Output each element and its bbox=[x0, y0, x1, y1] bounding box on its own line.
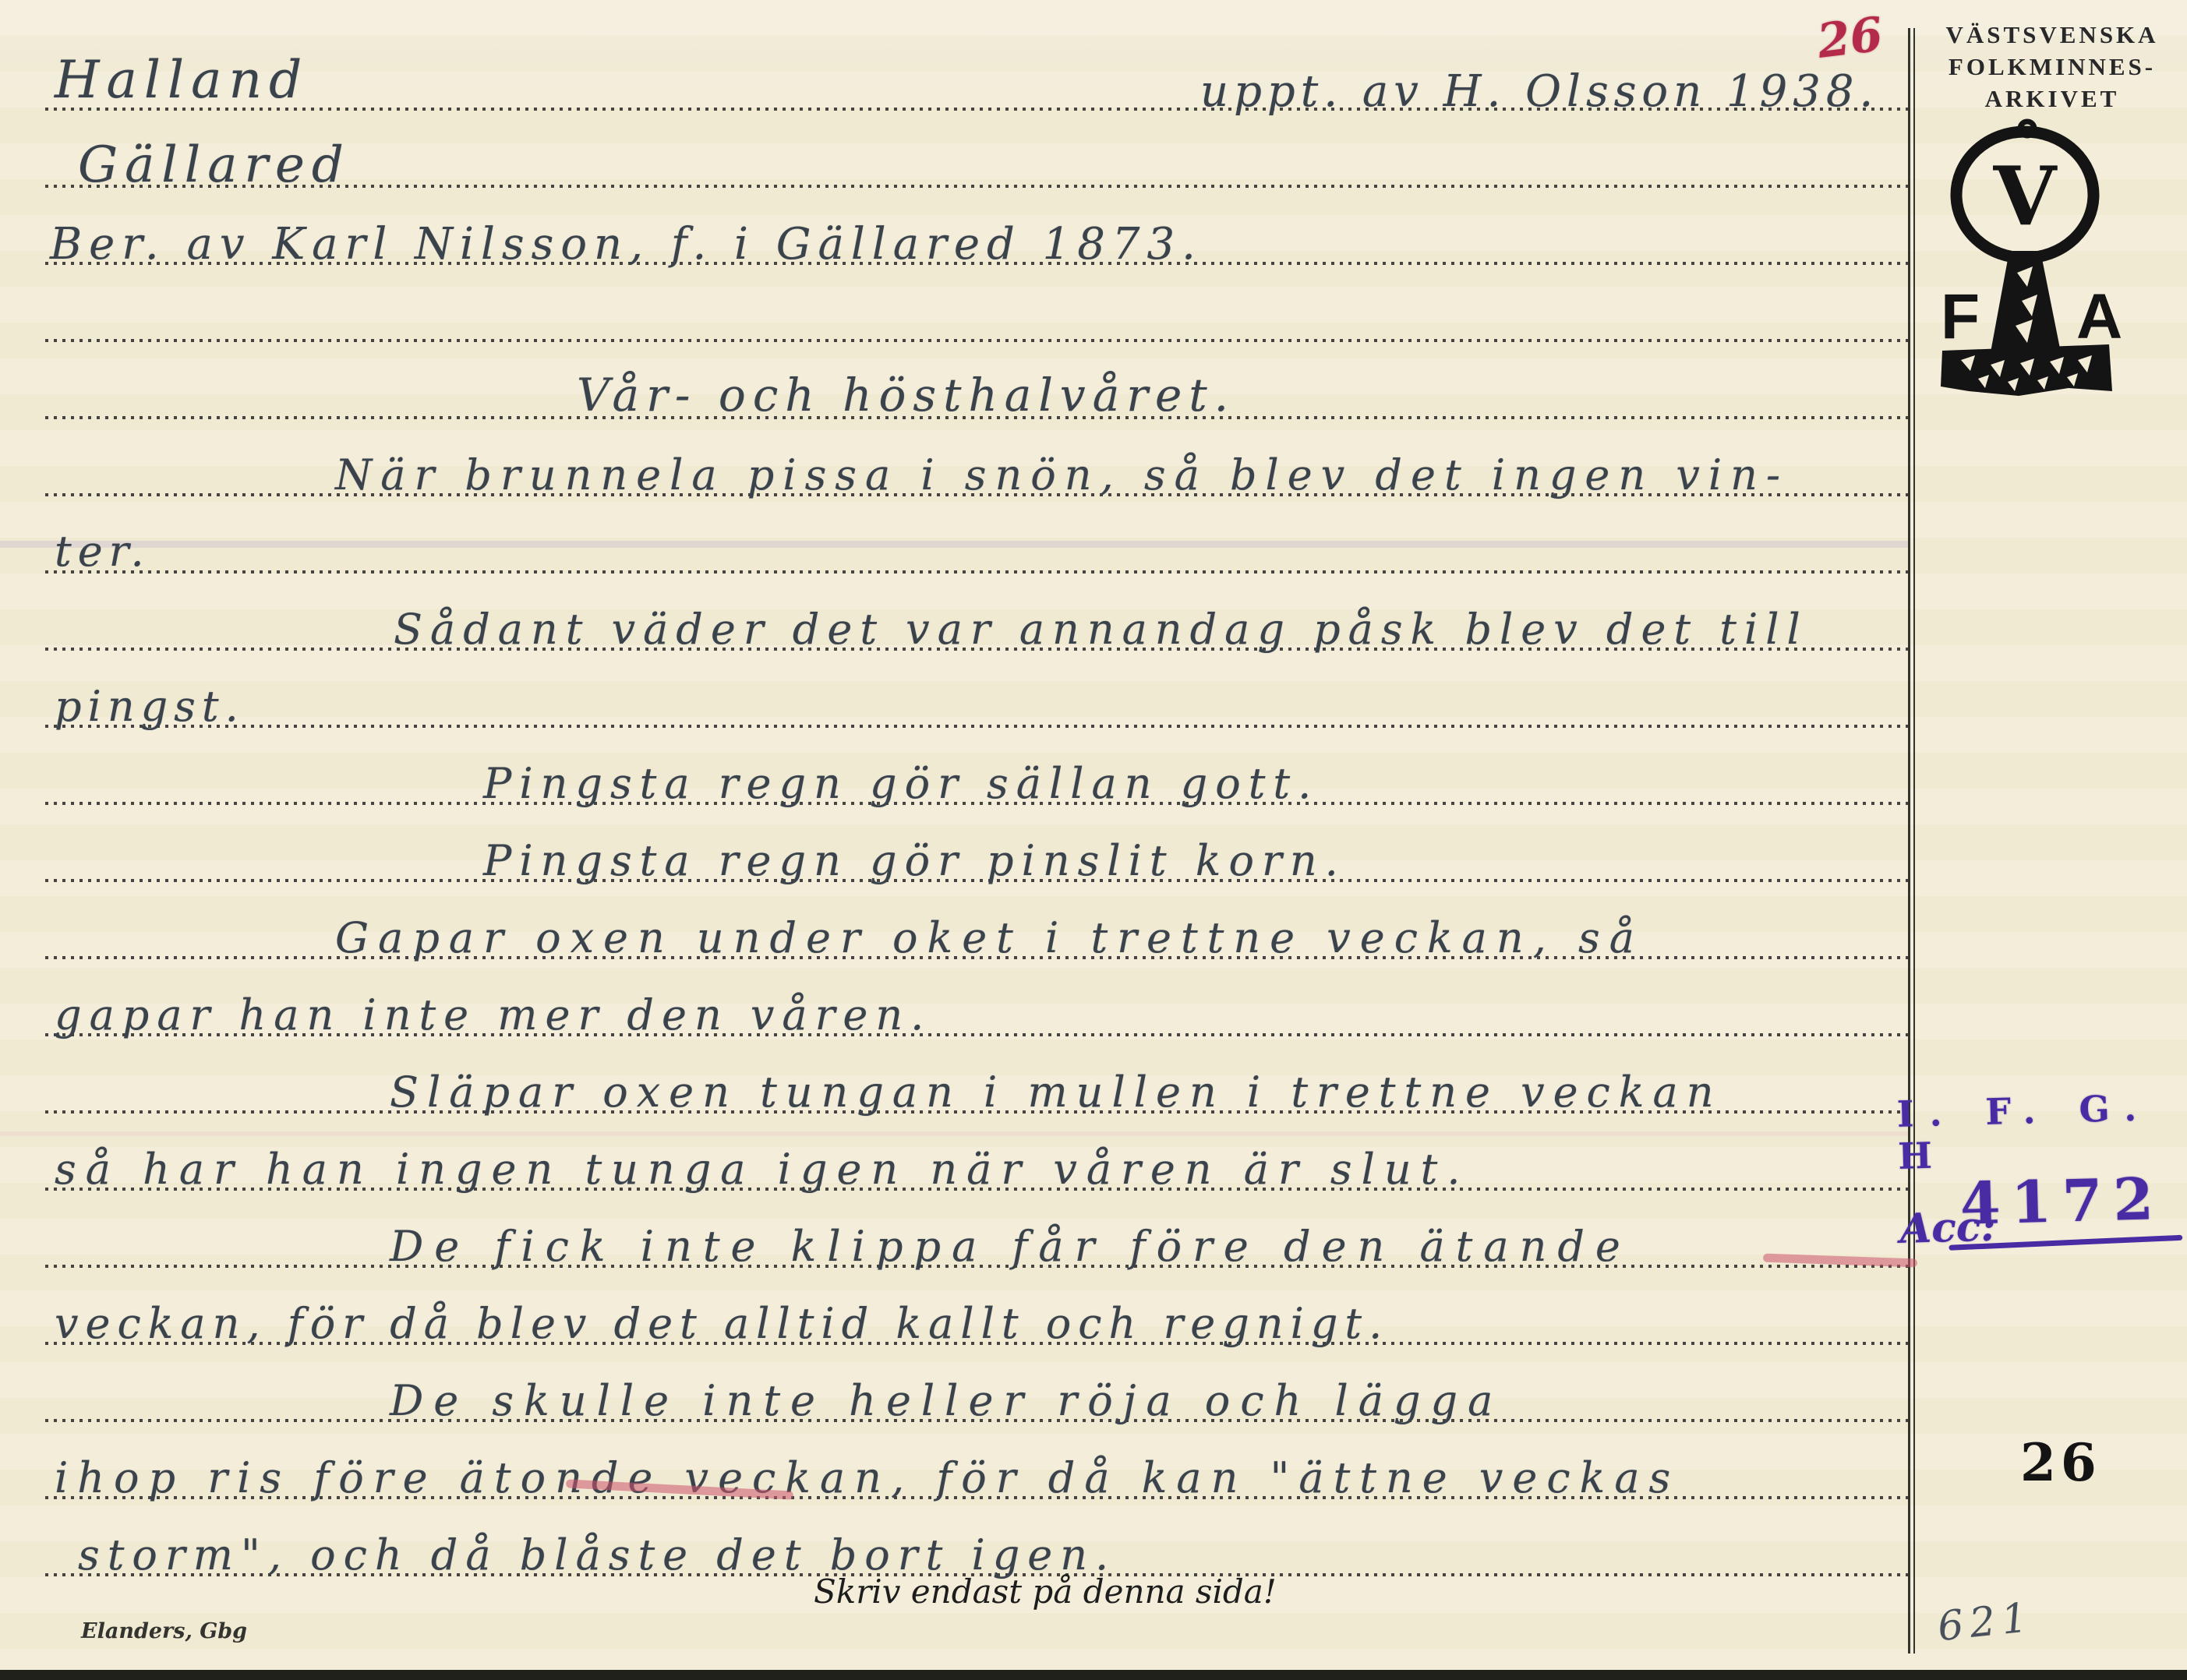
margin-rule bbox=[1908, 28, 1915, 1654]
accession-stamp: I. F. G. H Acc: 4172 bbox=[1896, 1085, 2187, 1262]
manuscript-informant: Ber. av Karl Nilsson, f. i Gällared 1873… bbox=[50, 223, 1203, 266]
thors-hammer-logo: V F A bbox=[1924, 117, 2134, 407]
logo-letter-v: V bbox=[1993, 148, 2058, 244]
footer-instruction: Skriv endast på denna sida! bbox=[814, 1572, 1277, 1611]
printer-mark: Elanders, Gbg bbox=[81, 1619, 247, 1643]
manuscript-line: Pingsta regn gör sällan gott. bbox=[483, 763, 1319, 805]
handwritten-number: 621 bbox=[1935, 1594, 2036, 1651]
stamp-acc-row: Acc: 4172 bbox=[1899, 1176, 2187, 1262]
manuscript-line: De fick inte klippa får före den ätande bbox=[390, 1226, 1631, 1268]
archive-header-line3: ARKIVET bbox=[1924, 83, 2181, 115]
manuscript-line: Gapar oxen under oket i trettne veckan, … bbox=[335, 917, 1644, 959]
logo-letter-f: F bbox=[1941, 281, 1980, 352]
manuscript-line: När brunnela pissa i snön, så blev det i… bbox=[335, 454, 1789, 496]
ruled-line bbox=[45, 339, 1911, 342]
manuscript-line: ihop ris före ätonde veckan, för då kan … bbox=[55, 1457, 1680, 1499]
scan-bottom-edge bbox=[0, 1670, 2187, 1680]
manuscript-line: så har han ingen tunga igen när våren är… bbox=[55, 1149, 1470, 1191]
thors-hammer-logo-svg: V F A bbox=[1924, 117, 2134, 407]
logo-letter-a: A bbox=[2076, 281, 2122, 352]
scan-streak bbox=[0, 1131, 1910, 1136]
ruled-line bbox=[45, 570, 1911, 574]
archive-header-line2: FOLKMINNES- bbox=[1924, 51, 2181, 83]
manuscript-line: Sådant väder det var annandag påsk blev … bbox=[394, 609, 1808, 651]
red-corner-number: 26 bbox=[1814, 7, 1885, 69]
manuscript-line: storm", och då blåste det bort igen. bbox=[78, 1534, 1116, 1576]
manuscript-heading: Vår- och hösthalvåret. bbox=[577, 372, 1235, 418]
archive-header: VÄSTSVENSKA FOLKMINNES- ARKIVET bbox=[1924, 19, 2181, 115]
scan-streak bbox=[0, 541, 1910, 548]
archive-header-line1: VÄSTSVENSKA bbox=[1924, 19, 2181, 51]
ruled-line bbox=[45, 725, 1911, 728]
page-number: 26 bbox=[2020, 1432, 2101, 1493]
stamp-acc-number: 4172 bbox=[1959, 1166, 2165, 1238]
manuscript-line: De skulle inte heller röja och lägga bbox=[390, 1380, 1503, 1422]
manuscript-line: gapar han inte mer den våren. bbox=[55, 994, 931, 1036]
manuscript-line: Pingsta regn gör pinslit korn. bbox=[483, 840, 1346, 882]
manuscript-line: pingst. bbox=[55, 686, 245, 728]
manuscript-line: ter. bbox=[55, 531, 150, 573]
manuscript-line: Släpar oxen tungan i mullen i trettne ve… bbox=[390, 1071, 1722, 1114]
manuscript-line: veckan, för då blev det alltid kallt och… bbox=[55, 1303, 1389, 1345]
manuscript-recorded-by: uppt. av H. Olsson 1938. bbox=[1200, 70, 1878, 114]
manuscript-parish: Gällared bbox=[78, 140, 351, 190]
document-page: VÄSTSVENSKA FOLKMINNES- ARKIVET V F A bbox=[0, 0, 2187, 1680]
manuscript-province: Halland bbox=[55, 55, 309, 106]
stamp-letters: I. F. G. H bbox=[1896, 1085, 2187, 1177]
